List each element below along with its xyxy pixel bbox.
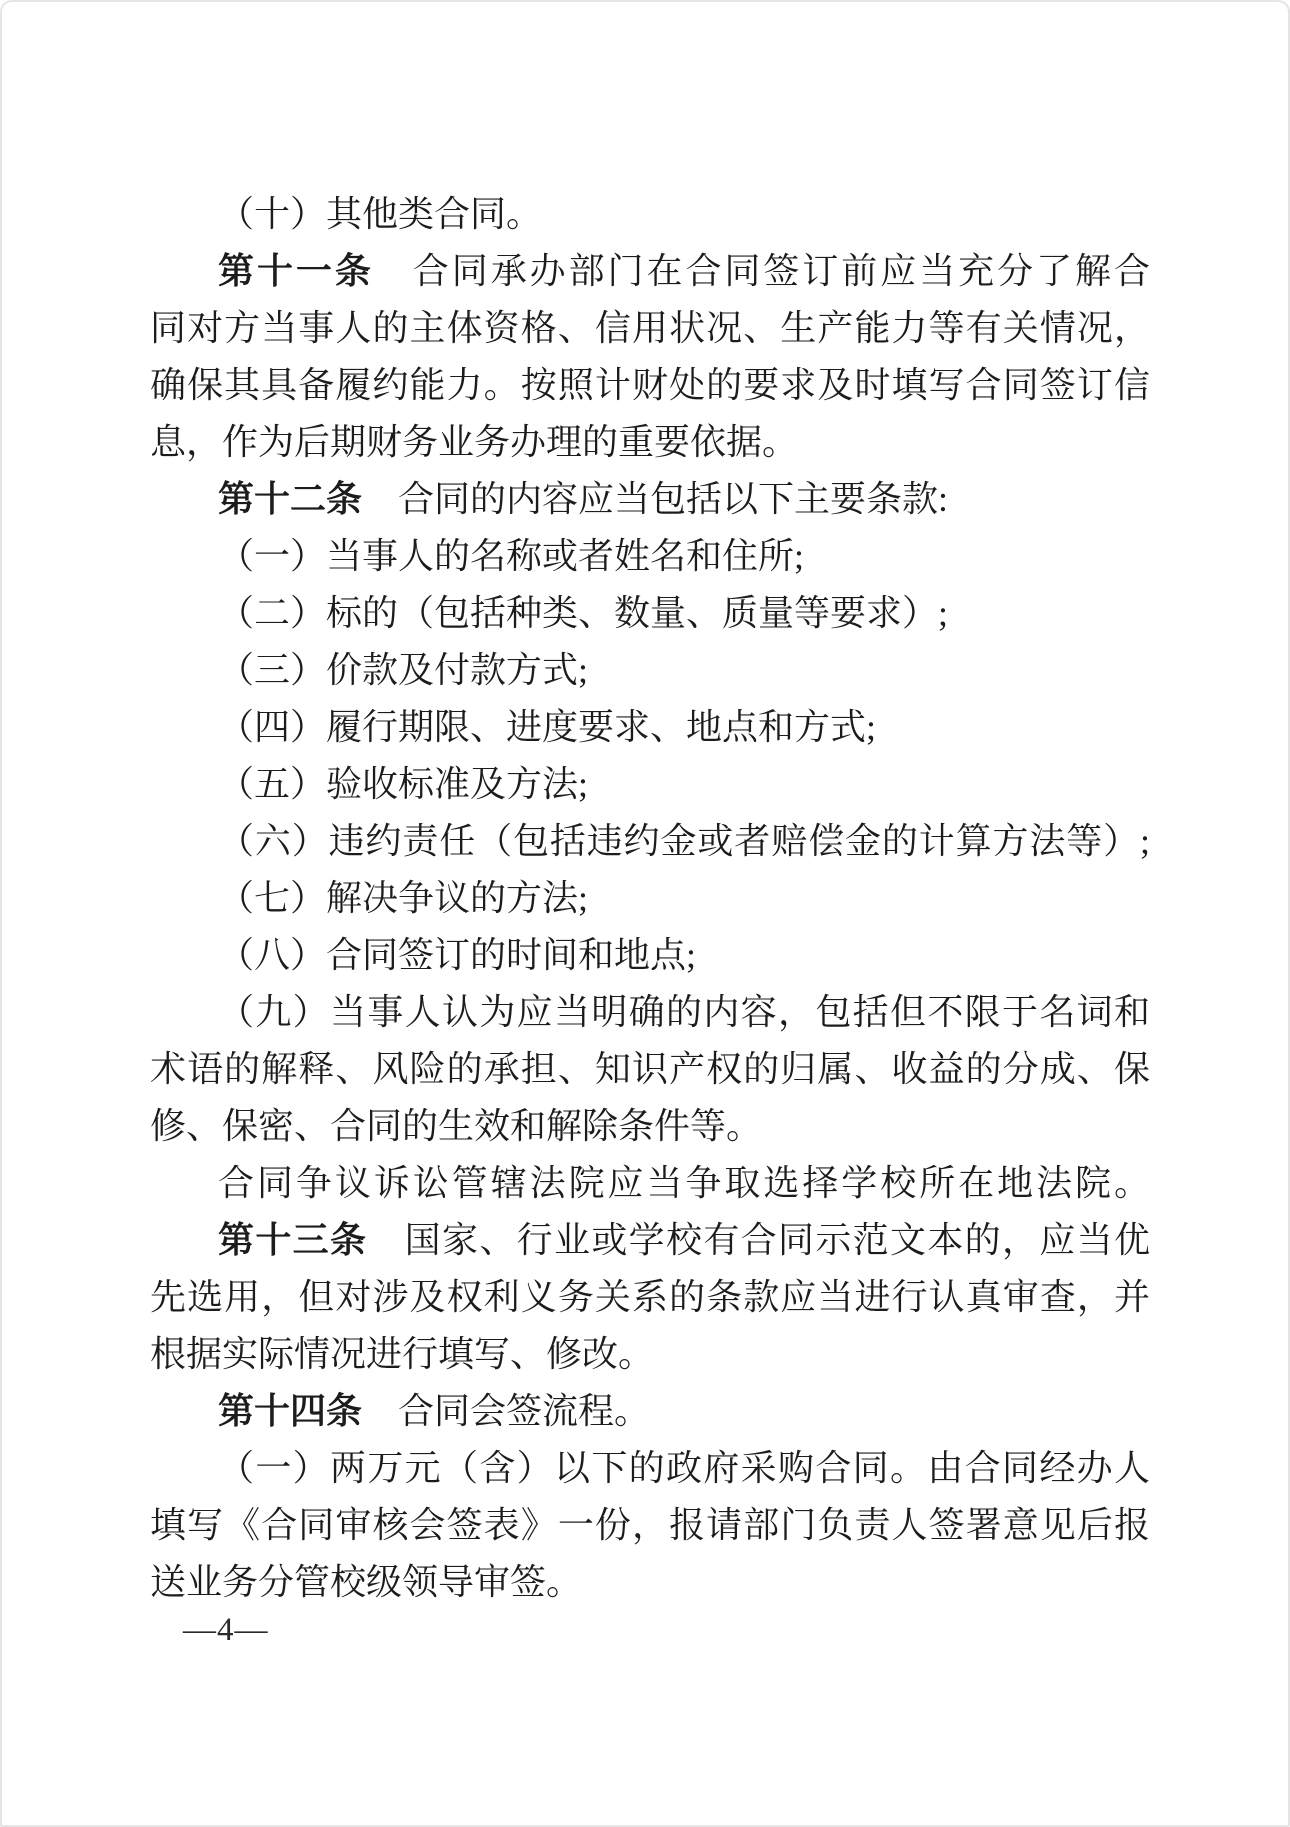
text-line: （三）价款及付款方式; <box>150 642 1150 699</box>
text-line: 同对方当事人的主体资格、信用状况、生产能力等有关情况， <box>150 300 1150 357</box>
text-line: 修、保密、合同的生效和解除条件等。 <box>150 1098 1150 1155</box>
text-line: 根据实际情况进行填写、修改。 <box>150 1326 1150 1383</box>
text-line: （九）当事人认为应当明确的内容，包括但不限于名词和 <box>150 984 1150 1041</box>
text-line: （八）合同签订的时间和地点; <box>150 927 1150 984</box>
text-line: 第十四条 合同会签流程。 <box>150 1383 1150 1440</box>
text-line: 填写《合同审核会签表》一份，报请部门负责人签署意见后报 <box>150 1497 1150 1554</box>
document-page: { "document": { "page_number": "—4—", "l… <box>0 0 1290 1827</box>
text-line: （五）验收标准及方法; <box>150 756 1150 813</box>
page-number: —4— <box>183 1608 269 1652</box>
text-line: 送业务分管校级领导审签。 <box>150 1554 1150 1611</box>
text-line: （十）其他类合同。 <box>150 186 1150 243</box>
article-number: 第十三条 <box>218 1220 367 1260</box>
text-line: 息，作为后期财务业务办理的重要依据。 <box>150 414 1150 471</box>
text-line: 第十三条 国家、行业或学校有合同示范文本的，应当优 <box>150 1212 1150 1269</box>
text-line: （四）履行期限、进度要求、地点和方式; <box>150 699 1150 756</box>
article-number: 第十四条 <box>218 1391 362 1431</box>
article-number: 第十一条 <box>218 251 374 291</box>
text-line: （一）两万元（含）以下的政府采购合同。由合同经办人 <box>150 1440 1150 1497</box>
text-line: （一）当事人的名称或者姓名和住所; <box>150 528 1150 585</box>
article-number: 第十二条 <box>218 479 362 519</box>
text-line: 第十一条 合同承办部门在合同签订前应当充分了解合 <box>150 243 1150 300</box>
text-line: 第十二条 合同的内容应当包括以下主要条款: <box>150 471 1150 528</box>
text-line: 先选用，但对涉及权利义务关系的条款应当进行认真审查，并 <box>150 1269 1150 1326</box>
text-line: （二）标的（包括种类、数量、质量等要求）; <box>150 585 1150 642</box>
text-line: （六）违约责任（包括违约金或者赔偿金的计算方法等）; <box>150 813 1150 870</box>
text-line: （七）解决争议的方法; <box>150 870 1150 927</box>
text-line: 确保其具备履约能力。按照计财处的要求及时填写合同签订信 <box>150 357 1150 414</box>
text-line: 术语的解释、风险的承担、知识产权的归属、收益的分成、保 <box>150 1041 1150 1098</box>
text-line: 合同争议诉讼管辖法院应当争取选择学校所在地法院。 <box>150 1155 1150 1212</box>
document-body: （十）其他类合同。第十一条 合同承办部门在合同签订前应当充分了解合同对方当事人的… <box>150 186 1150 1611</box>
